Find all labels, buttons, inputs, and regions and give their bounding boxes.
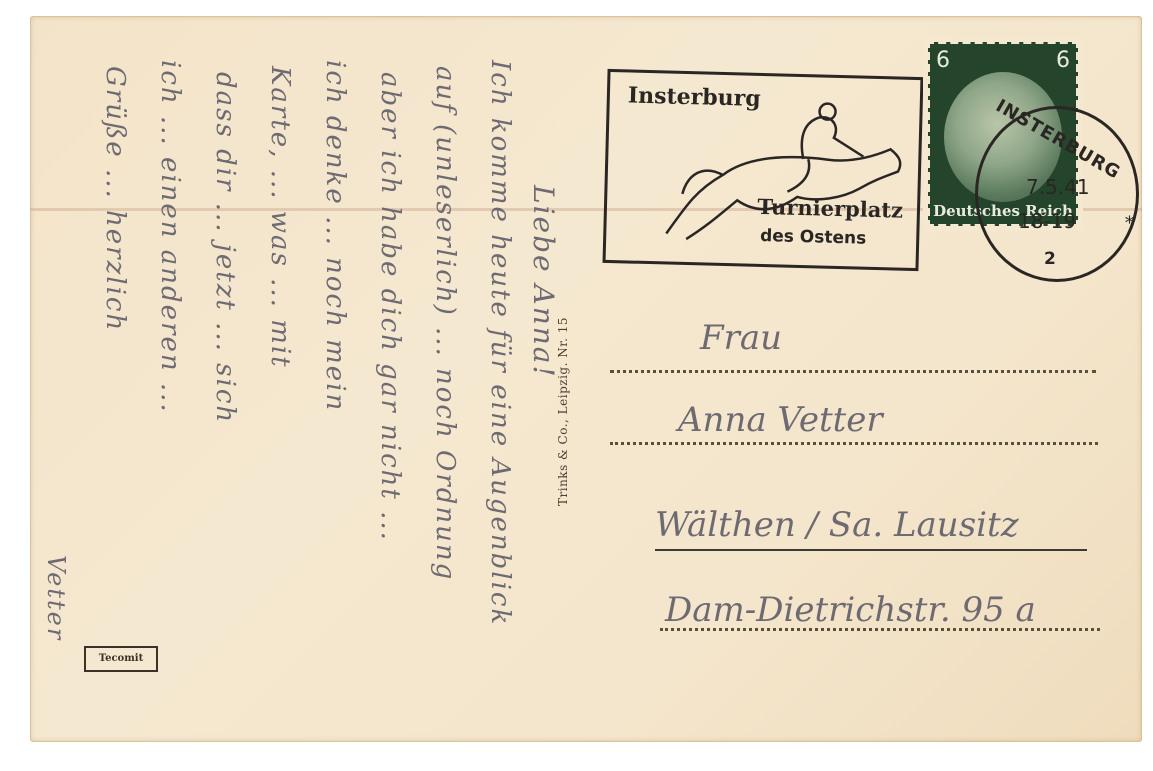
letter-line: Grüße ... herzlich <box>100 66 130 332</box>
slogan-cancellation: Insterburg Turnierplatz des Ostens <box>603 69 924 271</box>
letter-line: ich denke ... noch mein <box>320 60 350 412</box>
letter-line: Ich komme heute für eine Augenblick <box>485 60 515 626</box>
postmark-office-number: 2 <box>1044 249 1056 269</box>
address-line-3 <box>660 628 1100 631</box>
address-underline <box>655 549 1087 551</box>
postmark: INSTERBURG 7.5.41 18-19 2 * <box>975 106 1139 282</box>
cancellation-line-2: Turnierplatz <box>757 194 903 223</box>
letter-line: auf (unleserlich) ... noch Ordnung <box>430 66 460 581</box>
letter-line: Karte, ... was ... mit <box>265 66 295 369</box>
letter-signature: Vetter <box>42 555 70 641</box>
address-street: Dam-Dietrichstr. 95 a <box>665 590 1036 630</box>
stamp-value-right: 6 <box>1056 48 1070 73</box>
letter-greeting: Liebe Anna! <box>527 185 560 379</box>
letter-line: aber ich habe dich gar nicht ... <box>375 72 405 542</box>
letter-line: dass dir ... jetzt ... sich <box>210 72 240 424</box>
address-salutation: Frau <box>700 318 782 358</box>
postmark-time: 18-19 <box>1018 209 1076 233</box>
address-town: Wälthen / Sa. Lausitz <box>655 505 1019 545</box>
address-line-2 <box>610 442 1098 445</box>
star-icon: * <box>1125 213 1134 234</box>
letter-line: ich ... einen anderen ... <box>155 60 185 414</box>
brand-mark: Tecomit <box>84 646 158 672</box>
address-name: Anna Vetter <box>678 400 883 440</box>
address-line-1 <box>610 370 1096 373</box>
cancellation-line-3: des Ostens <box>760 226 867 249</box>
postmark-date: 7.5.41 <box>1026 175 1090 199</box>
stamp-value-left: 6 <box>936 48 950 73</box>
